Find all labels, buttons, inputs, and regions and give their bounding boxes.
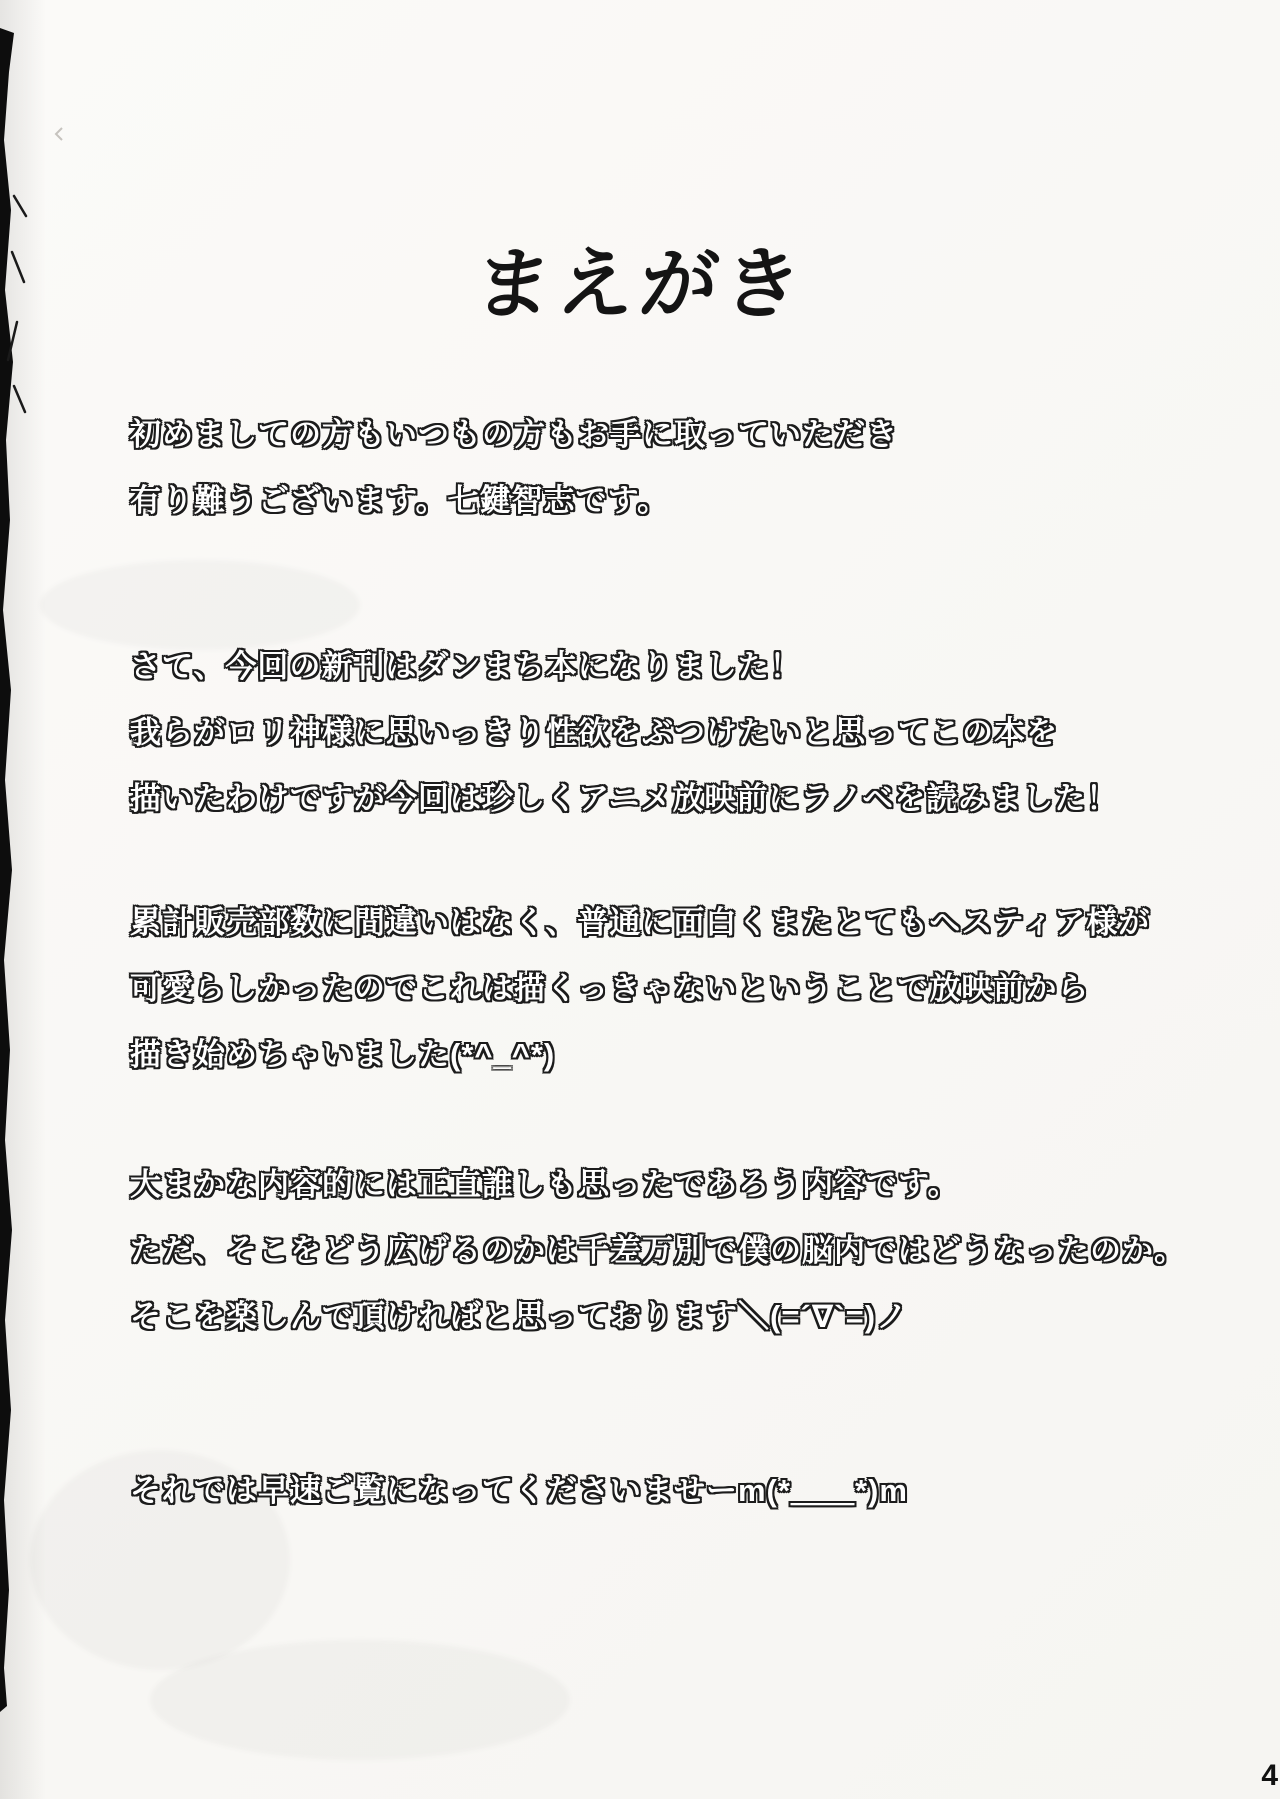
- scan-smudge-artifact: [150, 1640, 570, 1760]
- text-line: そこを楽しんで頂ければと思っております＼(=´∇`=)ノ: [130, 1284, 1240, 1350]
- text-line: 有り難うございます。七鍵智志です。: [130, 468, 1240, 534]
- page-title: まえがき: [469, 240, 810, 330]
- text-line: 我らがロリ神様に思いっきり性欲をぶつけたいと思ってこの本を: [130, 700, 1240, 766]
- text-line: 描き始めちゃいました(*^_^*): [130, 1022, 1240, 1088]
- paragraph-new-book: さて、今回の新刊はダンまち本になりました！ 我らがロリ神様に思いっきり性欲をぶつ…: [130, 634, 1240, 832]
- text-line: 大まかな内容的には正直誰しも思ったであろう内容です。: [130, 1152, 1240, 1218]
- paragraph-motivation: 累計販売部数に間違いはなく、普通に面白くまたとてもヘスティア様が 可愛らしかった…: [130, 890, 1240, 1088]
- binding-gutter-artifact: [0, 0, 70, 1799]
- paper-speck-artifact: [56, 128, 62, 140]
- text-line: それでは早速ご覧になってくださいませーm(*＿＿*)m: [130, 1458, 1240, 1524]
- text-line: 累計販売部数に間違いはなく、普通に面白くまたとてもヘスティア様が: [130, 890, 1240, 956]
- text-line: 可愛らしかったのでこれは描くっきゃないということで放映前から: [130, 956, 1240, 1022]
- page-number: 4: [1261, 1759, 1278, 1793]
- text-line: さて、今回の新刊はダンまち本になりました！: [130, 634, 1240, 700]
- text-line: 初めましての方もいつもの方もお手に取っていただき: [130, 402, 1240, 468]
- scanned-page: まえがき 初めましての方もいつもの方もお手に取っていただき 有り難うございます。…: [0, 0, 1280, 1799]
- text-line: ただ、そこをどう広げるのかは千差万別で僕の脳内ではどうなったのか。: [130, 1218, 1240, 1284]
- paragraph-greeting: 初めましての方もいつもの方もお手に取っていただき 有り難うございます。七鍵智志で…: [130, 402, 1240, 534]
- paragraph-content-note: 大まかな内容的には正直誰しも思ったであろう内容です。 ただ、そこをどう広げるのか…: [130, 1152, 1240, 1350]
- gutter-strip-artifact: [0, 28, 14, 1712]
- preface-text: 初めましての方もいつもの方もお手に取っていただき 有り難うございます。七鍵智志で…: [130, 402, 1240, 1524]
- paragraph-closing: それでは早速ご覧になってくださいませーm(*＿＿*)m: [130, 1458, 1240, 1524]
- text-line: 描いたわけですが今回は珍しくアニメ放映前にラノベを読みました！: [130, 766, 1240, 832]
